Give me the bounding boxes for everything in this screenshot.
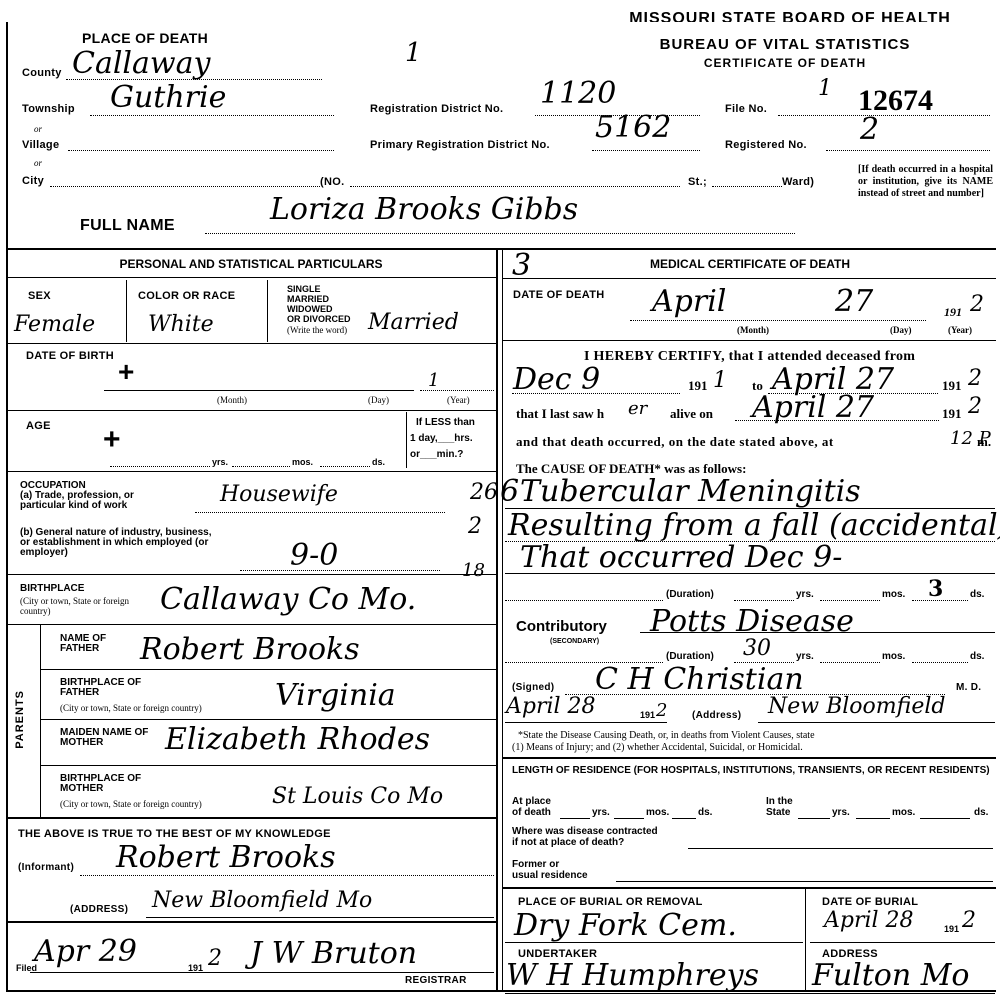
registered-no-value: 2 (860, 112, 879, 147)
marital-value: Married (368, 310, 459, 335)
dod-month-label: (Month) (737, 325, 769, 335)
date-of-death-line (630, 320, 926, 321)
last-saw-text-2: alive on (670, 406, 713, 422)
burial-divider (805, 888, 806, 990)
mother-maiden-label: MAIDEN NAME OF MOTHER (60, 728, 160, 748)
in-state-yrs: yrs. (832, 808, 850, 818)
street-no-line (350, 186, 680, 187)
duration-leader (505, 600, 663, 601)
personal-title-divider (6, 277, 496, 278)
burial-date-value: April 28 (824, 908, 914, 933)
dod-day-label: (Day) (890, 325, 912, 335)
contracted-label-1: Where was disease contracted (512, 827, 658, 837)
age-mos-line (232, 466, 290, 467)
burial-year-suffix: 2 (962, 908, 976, 933)
age-label: AGE (26, 420, 51, 432)
parents-side-divider (40, 625, 41, 817)
contrib-duration-yrs-value: 30 (743, 636, 771, 661)
contrib-duration-ds-label: ds. (970, 652, 984, 662)
in-state-mos-line (856, 818, 890, 819)
mother-birthplace-sublabel: (City or town, State or foreign country) (60, 799, 202, 809)
top-section-divider (6, 248, 996, 250)
village-line (68, 150, 334, 151)
birthplace-value: Callaway Co Mo. (160, 582, 416, 617)
age-yrs-label: yrs. (212, 457, 228, 467)
mother-maiden-value: Elizabeth Rhodes (165, 722, 430, 757)
informant-bottom-divider (6, 921, 496, 923)
former-residence-label-2: usual residence (512, 871, 588, 881)
father-birthplace-divider (40, 719, 496, 720)
footnote-line-1: *State the Disease Causing Death, or, in… (518, 730, 815, 741)
attended-to-year-prefix: 191 (942, 378, 962, 394)
cause-line-3-rule (505, 573, 995, 574)
marital-option-married: MARRIED (287, 294, 329, 304)
occupation-a-line (195, 512, 445, 513)
occupation-row-divider (6, 574, 496, 575)
duration-ds-label: ds. (970, 590, 984, 600)
ward-label: Ward) (782, 176, 814, 188)
occupation-b-value: 9-0 (290, 538, 338, 573)
undertaker-line (505, 993, 995, 994)
less-than-divider (406, 412, 407, 468)
township-label: Township (22, 103, 75, 115)
street-label: St.; (688, 176, 707, 188)
mother-birthplace-value: St Louis Co Mo (272, 784, 443, 809)
township-value: Guthrie (110, 80, 226, 115)
contributory-value: Potts Disease (650, 604, 854, 639)
registration-district-value: 1120 (540, 76, 616, 111)
contributory-line (640, 632, 995, 633)
father-name-label: NAME OF FATHER (60, 634, 130, 654)
sex-divider (126, 280, 127, 342)
marital-option-widowed: WIDOWED (287, 304, 333, 314)
burial-date-label: DATE OF BURIAL (822, 896, 918, 908)
contrib-duration-mos-line (820, 662, 880, 663)
birthplace-label: BIRTHPLACE (20, 584, 84, 594)
last-saw-text-1: that I last saw h (516, 406, 604, 422)
hospital-note: [If death occurred in a hospital or inst… (858, 164, 993, 200)
informant-statement: THE ABOVE IS TRUE TO THE BEST OF MY KNOW… (18, 828, 331, 840)
informant-address-value: New Bloomfield Mo (152, 888, 372, 913)
burial-year-prefix: 191 (944, 924, 959, 934)
last-saw-pronoun: er (628, 398, 647, 419)
full-name-line (205, 233, 795, 234)
father-name-divider (40, 669, 496, 670)
residence-bottom-divider (502, 887, 996, 889)
physician-address-value: New Bloomfield (768, 694, 945, 719)
at-place-mos: mos. (646, 808, 669, 818)
ward-line (712, 186, 782, 187)
primary-district-line (592, 150, 700, 151)
certificate-title: CERTIFICATE OF DEATH (660, 56, 910, 70)
undertaker-address-value: Fulton Mo (812, 958, 970, 993)
last-saw-year-suffix: 2 (968, 394, 982, 419)
informant-address-label: (ADDRESS) (70, 904, 128, 915)
date-of-death-month: April (652, 284, 726, 319)
father-name-value: Robert Brooks (140, 632, 360, 667)
last-saw-year-prefix: 191 (942, 406, 962, 422)
attended-from-date: Dec 9 (513, 362, 600, 397)
board-of-health-title: MISSOURI STATE BOARD OF HEALTH (580, 12, 1000, 22)
dob-year-value: 1 (428, 370, 439, 391)
last-saw-line (735, 420, 939, 421)
county-value: Callaway (72, 46, 210, 81)
at-place-label-2: of death (512, 808, 551, 818)
bureau-title: BUREAU OF VITAL STATISTICS (630, 36, 940, 53)
undertaker-value: W H Humphreys (506, 958, 759, 993)
city-label: City (22, 175, 44, 187)
informant-line (80, 875, 494, 876)
occupation-a-value: Housewife (220, 482, 338, 507)
dob-year-label: (Year) (447, 395, 470, 405)
color-race-label: COLOR OR RACE (138, 290, 235, 302)
former-residence-label-1: Former or (512, 860, 559, 870)
in-state-label-1: In the (766, 797, 793, 807)
less-than-line-3: or___min.? (410, 450, 463, 460)
marital-instruction: (Write the word) (287, 325, 347, 335)
duration-value: 3 (928, 576, 943, 602)
duration-yrs-line (734, 600, 794, 601)
burial-place-line (505, 942, 803, 943)
duration-label: (Duration) (666, 590, 714, 600)
sex-value: Female (14, 312, 95, 337)
attended-from-line (512, 393, 680, 394)
in-state-yrs-line (798, 818, 830, 819)
registrar-signature: J W Bruton (250, 936, 417, 971)
color-divider (267, 280, 268, 342)
residence-title: LENGTH OF RESIDENCE (FOR HOSPITALS, INST… (512, 765, 994, 777)
medical-section-title: MEDICAL CERTIFICATE OF DEATH (600, 257, 900, 271)
registered-no-label: Registered No. (725, 139, 807, 151)
informant-value: Robert Brooks (116, 840, 336, 875)
sex-row-divider (6, 343, 496, 344)
duration-mos-line (820, 600, 880, 601)
dob-month-line (104, 390, 414, 391)
informant-address-line (146, 917, 494, 918)
burial-date-line (810, 942, 995, 943)
at-place-label-1: At place (512, 797, 551, 807)
age-cross-mark: + (103, 423, 121, 457)
contributory-label: Contributory (516, 618, 607, 635)
primary-district-value: 5162 (595, 110, 671, 145)
duration-yrs-label: yrs. (796, 590, 814, 600)
occupation-b-label: (b) General nature of industry, business… (20, 528, 220, 558)
signed-date-line (505, 722, 667, 723)
city-line (50, 186, 320, 187)
date-of-death-year-suffix: 2 (970, 292, 984, 317)
signed-date: April 28 (506, 694, 596, 719)
duration-mos-label: mos. (882, 590, 905, 600)
footnote-divider (502, 757, 996, 759)
age-mos-label: mos. (292, 457, 313, 467)
at-place-yrs-line (560, 818, 590, 819)
dob-row-divider (6, 410, 496, 411)
or-label-2: or (34, 158, 42, 168)
footnote-line-2: (1) Means of Injury; and (2) whether Acc… (512, 742, 803, 753)
margin-code-occupation-a: 26 (470, 480, 498, 505)
parents-side-label: PARENTS (14, 690, 26, 749)
mother-maiden-divider (40, 765, 496, 766)
village-label: Village (22, 139, 59, 151)
registered-no-line (826, 150, 990, 151)
contributory-sublabel: (SECONDARY) (550, 637, 599, 647)
contrib-duration-label: (Duration) (666, 652, 714, 662)
mother-birthplace-label: BIRTHPLACE OF MOTHER (60, 774, 160, 794)
marital-option-single: SINGLE (287, 284, 321, 294)
date-of-death-day: 27 (835, 284, 873, 319)
margin-mark: 1 (405, 38, 422, 68)
contrib-duration-mos-label: mos. (882, 652, 905, 662)
at-place-ds: ds. (698, 808, 712, 818)
cause-margin-code: 6 (500, 474, 519, 509)
physician-signature: C H Christian (595, 662, 804, 697)
center-divider-inner (502, 250, 503, 990)
less-than-line-2: 1 day,___hrs. (410, 434, 473, 444)
occupation-a-label: (a) Trade, profession, or particular kin… (20, 491, 180, 511)
in-state-ds: ds. (974, 808, 988, 818)
contrib-duration-yrs-label: yrs. (796, 652, 814, 662)
contracted-line (688, 848, 993, 849)
cause-line-3: That occurred Dec 9- (520, 540, 842, 575)
father-birthplace-sublabel: (City or town, State or foreign country) (60, 703, 202, 713)
father-birthplace-label: BIRTHPLACE OF FATHER (60, 678, 160, 698)
date-of-death-year-prefix: 191 (944, 305, 962, 320)
contrib-duration-ds-line (912, 662, 968, 663)
md-label: M. D. (956, 682, 981, 693)
dob-cross-mark: + (118, 356, 134, 388)
parents-bottom-divider (6, 817, 496, 819)
attended-to-year-suffix: 2 (968, 366, 982, 391)
in-state-label-2: State (766, 808, 790, 818)
file-no-label: File No. (725, 103, 767, 115)
filed-year-suffix: 2 (208, 946, 222, 971)
death-time-suffix: m. (977, 434, 991, 450)
registration-district-label: Registration District No. (370, 103, 503, 115)
margin-code-birthplace: 18 (462, 560, 485, 581)
burial-place-value: Dry Fork Cem. (514, 908, 737, 943)
full-name-value: Loriza Brooks Gibbs (270, 192, 578, 227)
physician-address-line (758, 722, 995, 723)
duration-ds-line (912, 600, 968, 601)
registrar-label: REGISTRAR (405, 975, 467, 986)
age-ds-line (320, 466, 370, 467)
county-label: County (22, 67, 62, 79)
margin-code-occupation-b: 2 (468, 514, 482, 539)
or-label-1: or (34, 124, 42, 134)
cause-line-2: Resulting from a fall (accidental) (508, 508, 1000, 543)
birthplace-row-divider (6, 624, 496, 625)
full-name-label: FULL NAME (80, 217, 175, 235)
medical-title-divider (502, 278, 996, 279)
at-place-ds-line (672, 818, 696, 819)
township-line (90, 115, 334, 116)
signed-year-suffix: 2 (656, 700, 667, 721)
contracted-label-2: if not at place of death? (512, 838, 624, 848)
dod-year-label: (Year) (948, 325, 972, 335)
center-divider (496, 250, 498, 990)
former-residence-line (616, 881, 993, 882)
primary-district-label: Primary Registration District No. (370, 139, 550, 151)
informant-label: (Informant) (18, 862, 74, 873)
dob-day-label: (Day) (368, 395, 389, 405)
age-ds-label: ds. (372, 457, 385, 467)
death-time-text: and that death occurred, on the date sta… (516, 434, 834, 450)
dob-month-label: (Month) (217, 395, 247, 405)
in-state-ds-line (920, 818, 970, 819)
in-state-mos: mos. (892, 808, 915, 818)
date-of-death-label: DATE OF DEATH (513, 289, 605, 301)
registrar-line (30, 972, 494, 973)
age-row-divider (6, 471, 496, 472)
dod-row-divider (502, 340, 996, 341)
street-no-label: (NO. (320, 176, 344, 188)
age-yrs-line (110, 466, 210, 467)
signed-label: (Signed) (512, 682, 554, 693)
color-race-value: White (148, 312, 214, 337)
burial-place-label: PLACE OF BURIAL OR REMOVAL (518, 896, 703, 908)
signed-year-prefix: 191 (640, 710, 655, 720)
physician-address-label: (Address) (692, 710, 741, 721)
birthplace-sublabel: (City or town, State or foreign country) (20, 596, 140, 616)
attended-from-year-prefix: 191 (688, 378, 708, 394)
left-border (6, 22, 8, 992)
marital-option-divorced: OR DIVORCED (287, 314, 351, 324)
sex-label: SEX (28, 290, 51, 302)
at-place-mos-line (614, 818, 644, 819)
place-of-death-heading: PLACE OF DEATH (82, 30, 208, 46)
attended-from-year-suffix: 1 (713, 368, 727, 393)
less-than-line-1: If LESS than (416, 418, 475, 428)
personal-section-title: PERSONAL AND STATISTICAL PARTICULARS (6, 257, 496, 271)
cause-line-1: Tubercular Meningitis (520, 474, 861, 509)
occupation-b-line (240, 570, 440, 571)
file-no-mark: 1 (818, 76, 832, 101)
at-place-yrs: yrs. (592, 808, 610, 818)
date-of-birth-label: DATE OF BIRTH (26, 350, 114, 362)
father-birthplace-value: Virginia (275, 678, 396, 713)
file-no-line (778, 115, 990, 116)
filed-date: Apr 29 (34, 934, 137, 969)
